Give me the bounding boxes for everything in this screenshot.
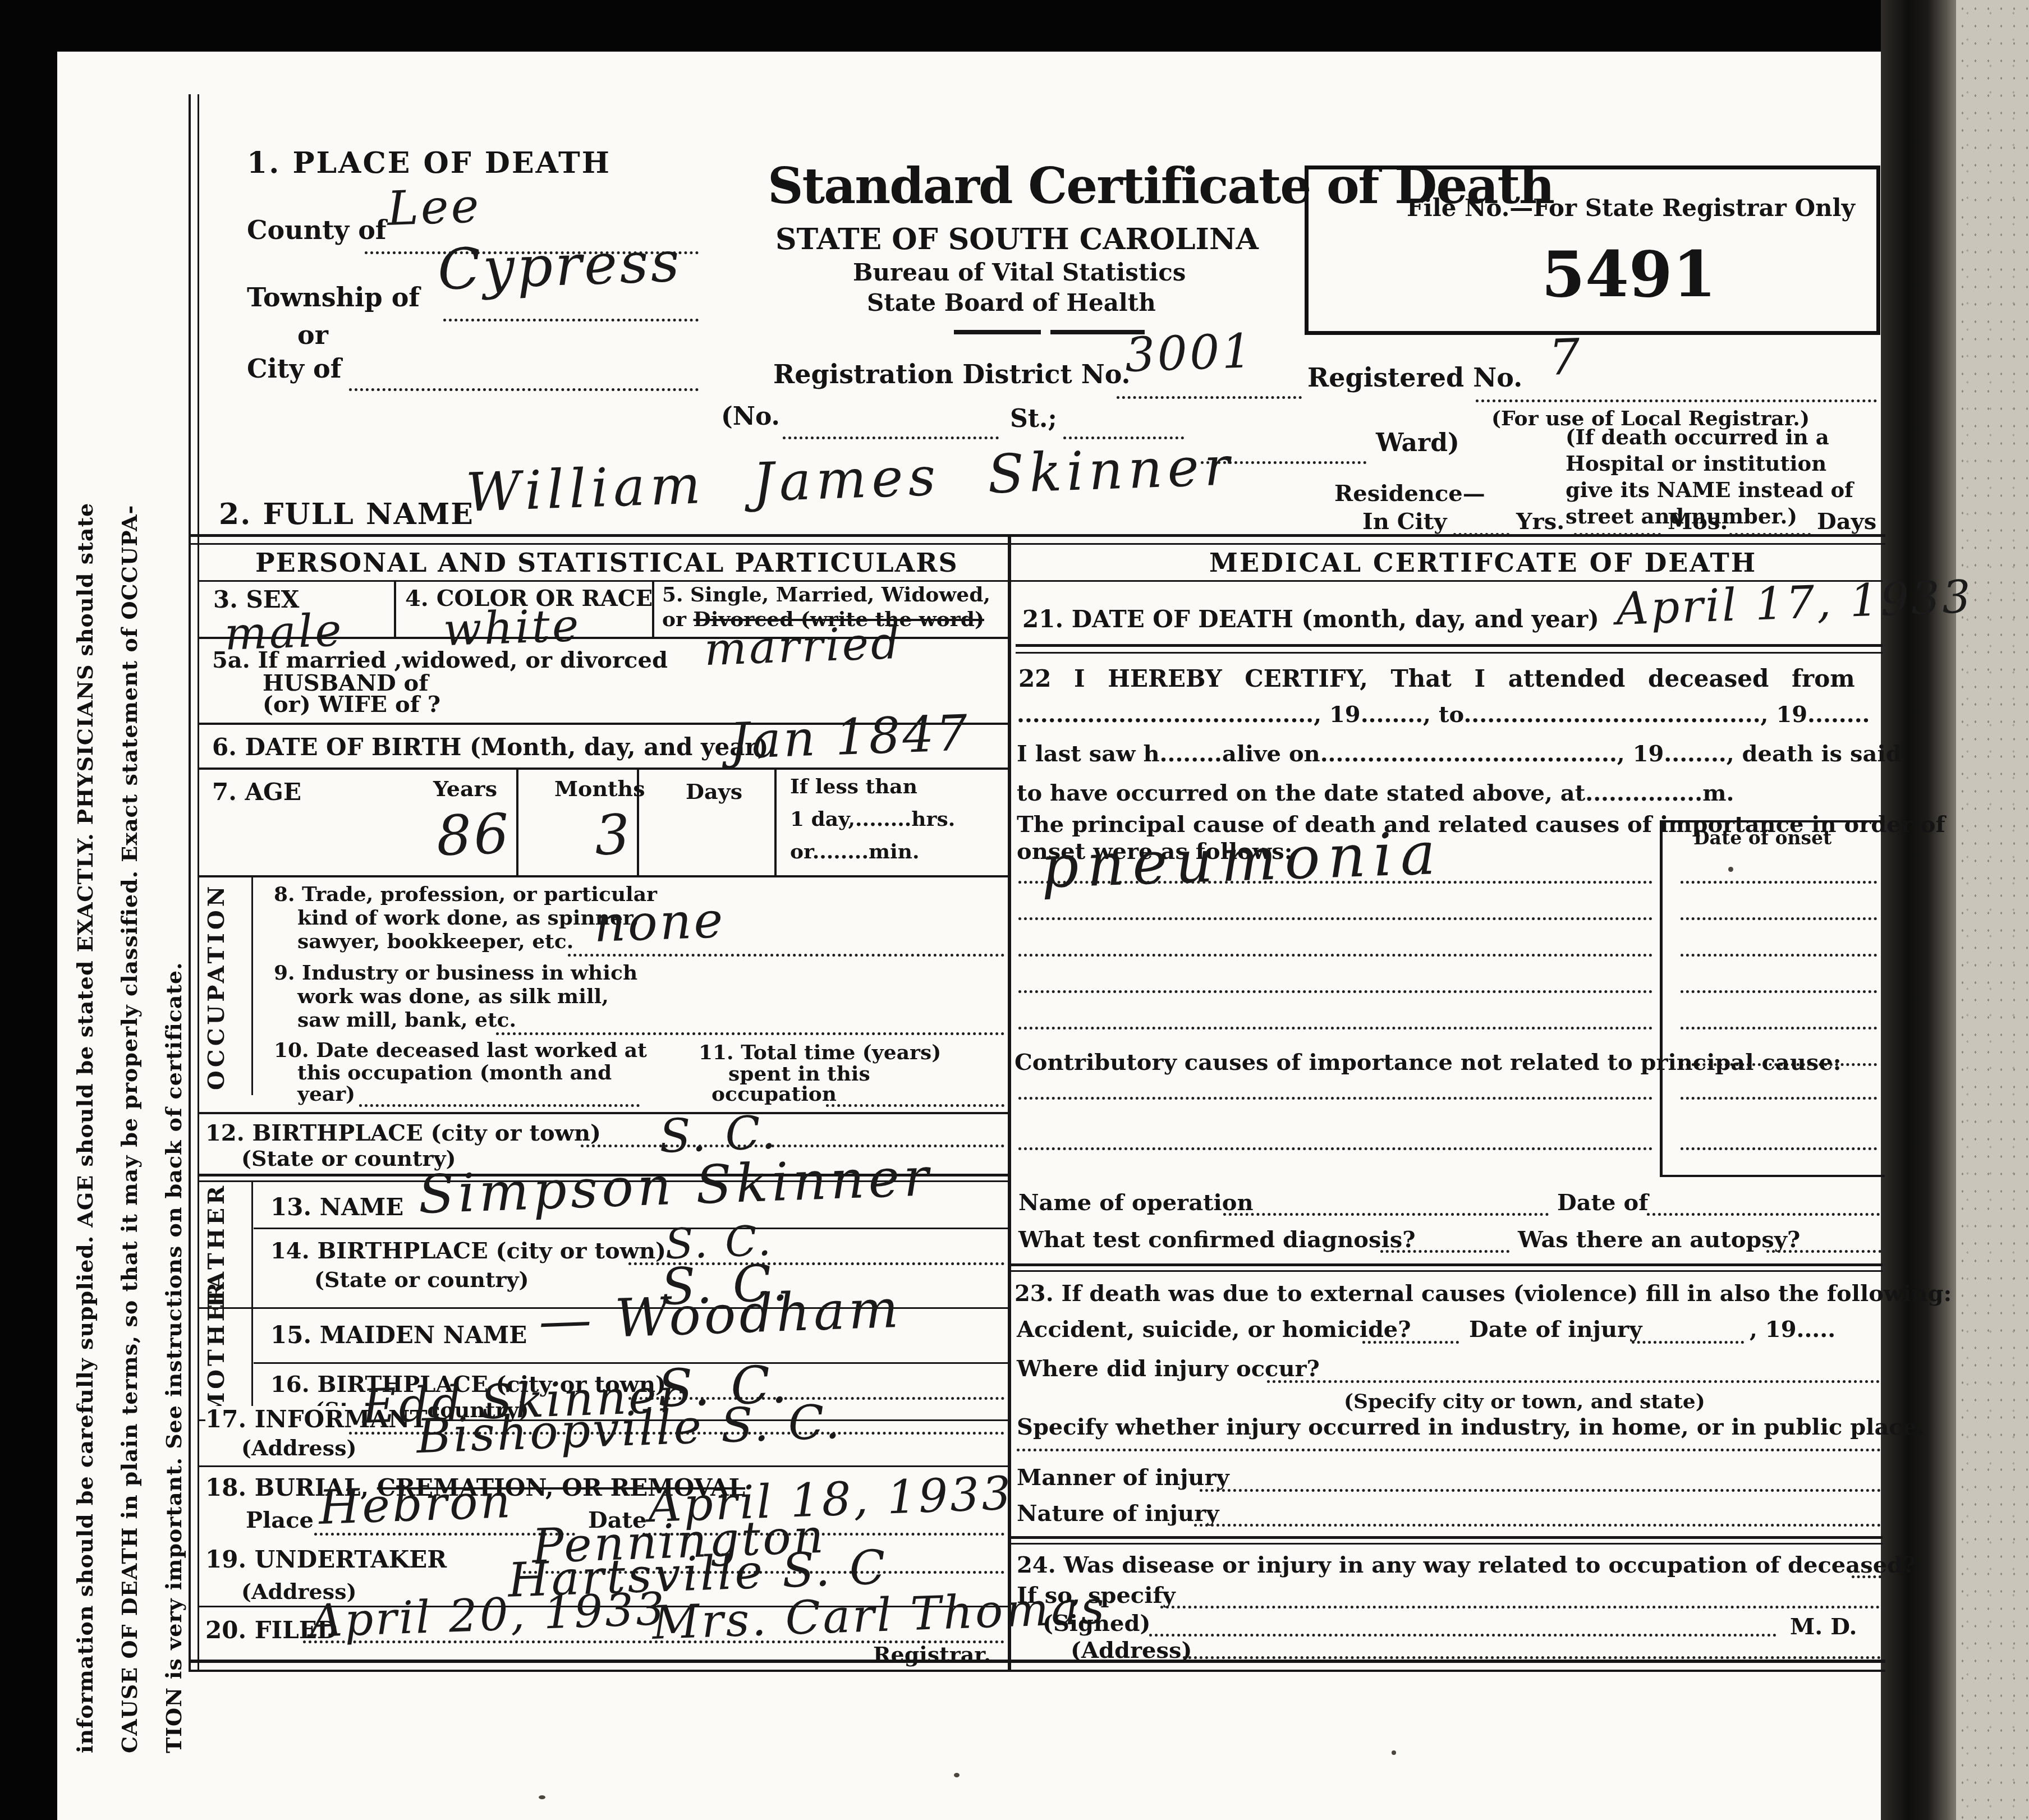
registration-district-label: Registration District No. [773, 360, 1131, 389]
dotted-line [1018, 917, 1652, 920]
occupation-related-label: 24. Was disease or injury in any way rel… [1017, 1553, 1916, 1578]
dotted-line [1362, 1341, 1459, 1344]
scan-speck [954, 1773, 960, 1777]
dotted-line [1194, 1524, 1881, 1527]
dotted-line [568, 954, 1004, 957]
mother-maiden-value: — Woodham [538, 1279, 903, 1353]
or-label: or [297, 321, 328, 350]
dotted-line [1223, 1213, 1549, 1216]
board-line: State Board of Health [867, 289, 1156, 316]
row-divider [1011, 1270, 1883, 1272]
onset-line [1681, 917, 1877, 920]
md-label: M. D. [1790, 1615, 1857, 1640]
dotted-line [1453, 533, 1509, 536]
dotted-line [581, 1145, 1004, 1147]
scan-torn-edge [1881, 0, 1959, 1820]
dotted-line [443, 319, 699, 321]
row-divider [199, 637, 1008, 639]
row-divider [1011, 1543, 1883, 1545]
days-label: Days [1817, 509, 1876, 535]
dotted-line [1380, 1250, 1509, 1253]
column-divider [394, 581, 396, 637]
item10-line2: this occupation (month and [297, 1061, 612, 1084]
personal-section-title: PERSONAL AND STATISTICAL PARTICULARS [255, 549, 958, 578]
row-divider [199, 875, 1008, 877]
mos-label: Mos. [1668, 509, 1728, 535]
birthplace-label: 12. BIRTHPLACE (city or town) [205, 1121, 601, 1146]
age-less1: If less than [790, 775, 917, 798]
dotted-line [1476, 399, 1877, 402]
dotted-line [1018, 1147, 1652, 1150]
no-label: (No. [721, 403, 780, 430]
age-years-label: Years [433, 777, 497, 801]
incity-label: In City [1362, 509, 1447, 535]
heading-rule [954, 330, 1041, 334]
dotted-line [1852, 1575, 1881, 1578]
mother-maiden-label: 15. MAIDEN NAME [270, 1322, 527, 1348]
nature-label: Nature of injury [1017, 1501, 1219, 1527]
item9-line3: saw mill, bank, etc. [297, 1009, 516, 1031]
dotted-line [349, 388, 699, 391]
husband-wife-line3: (or) WIFE of ? [263, 692, 440, 718]
row-divider [199, 1465, 1008, 1467]
scan-speck [539, 1795, 545, 1799]
row-divider [1016, 652, 1883, 654]
scanned-death-certificate: information should be carefully supplied… [0, 0, 2029, 1820]
dotted-line [783, 436, 999, 439]
row-divider [1011, 1263, 1883, 1266]
dotted-line [1766, 1250, 1881, 1253]
item8-line2: kind of work done, as spinner, [297, 907, 639, 929]
margin-line-1: information should be carefully supplied… [63, 93, 107, 1753]
township-label: Township of [247, 283, 420, 312]
where-injury-label: Where did injury occur? [1017, 1357, 1320, 1382]
injury-19-label: , 19..... [1750, 1317, 1835, 1343]
burial-place-label: Place [246, 1508, 314, 1533]
registered-no-value: 7 [1548, 328, 1583, 387]
registered-no-label: Registered No. [1307, 364, 1522, 393]
row-divider [199, 1112, 1008, 1114]
section-header-rule [199, 580, 1883, 582]
specify-city-note: (Specify city or town, and state) [1344, 1390, 1705, 1413]
dotted-line [1018, 1097, 1652, 1100]
dotted-line [1018, 1027, 1652, 1030]
column-divider [516, 767, 518, 875]
date-of-death-label: 21. DATE OF DEATH (month, day, and year) [1022, 606, 1599, 632]
item9-line2: work was done, as silk mill, [297, 985, 609, 1008]
dotted-line [1647, 1213, 1880, 1216]
dotted-line [1017, 1449, 1881, 1451]
occurred-line: to have occurred on the date stated abov… [1017, 781, 1734, 806]
scan-speck [1728, 867, 1733, 872]
specify-where-note: Specify whether injury occurred in indus… [1017, 1415, 1925, 1440]
onset-line [1681, 990, 1877, 993]
row-divider [254, 1228, 1008, 1229]
scan-backing [1956, 0, 2029, 1820]
item10-line3: year) [297, 1083, 355, 1105]
side-label-divider [251, 1180, 253, 1419]
column-divider [774, 767, 777, 875]
date-of-onset-box: Date of onset [1660, 820, 1885, 1177]
scan-speck [1392, 1750, 1396, 1755]
row-divider [1016, 644, 1883, 647]
occupation-side-label: OCCUPATION [203, 880, 229, 1093]
fromto-line: ......................................, … [1017, 702, 1870, 728]
mother-side-label: MOTHER [203, 1311, 229, 1417]
father-birthplace-label: 14. BIRTHPLACE (city or town) [270, 1239, 666, 1264]
residence-label: Residence— [1334, 481, 1485, 507]
age-months-value: 3 [594, 803, 633, 868]
item11-line1: 11. Total time (years) [699, 1041, 941, 1064]
certify-line: 22 I HEREBY CERTIFY, That I attended dec… [1018, 665, 1855, 692]
lastsaw-line: I last saw h........alive on............… [1017, 742, 1902, 767]
item11-line3: occupation [711, 1083, 837, 1105]
onset-line [1681, 954, 1877, 957]
file-number-label: File No.—For State Registrar Only [1407, 195, 1855, 221]
undertaker-label: 19. UNDERTAKER [205, 1546, 447, 1573]
row-divider [199, 767, 1008, 770]
bottom-border-outer [189, 1660, 1885, 1663]
row-divider [1011, 1536, 1883, 1539]
burial-place-value: Hebron [318, 1473, 513, 1535]
medical-section-title: MEDICAL CERTIFCATE OF DEATH [1209, 549, 1757, 578]
dotted-line [1018, 881, 1652, 884]
state-line: STATE OF SOUTH CAROLINA [775, 223, 1259, 256]
dotted-line [826, 1104, 1004, 1107]
dotted-line [1200, 1489, 1881, 1492]
row-divider [254, 1362, 1008, 1364]
city-label: City of [247, 355, 342, 384]
injury-date-label: Date of injury [1469, 1317, 1642, 1343]
dotted-line [1117, 396, 1302, 399]
signed-label: (Signed) [1043, 1611, 1150, 1637]
date-of-birth-value: Jan 1847 [728, 704, 971, 770]
margin-instructions: information should be carefully supplied… [63, 93, 195, 1753]
township-value: Cypress [437, 228, 682, 302]
dotted-line [1018, 954, 1652, 957]
item9-line1: 9. Industry or business in which [274, 962, 637, 984]
bureau-line: Bureau of Vital Statistics [853, 259, 1186, 286]
age-months-label: Months [554, 777, 645, 801]
date-of-onset-header: Date of onset [1693, 828, 1831, 849]
dotted-line [1183, 1656, 1881, 1659]
father-birthplace-sub: (State or country) [314, 1268, 529, 1292]
county-value: Lee [386, 178, 482, 236]
age-years-value: 86 [435, 802, 512, 869]
left-border-inner [198, 94, 199, 1670]
dotted-line [1160, 1606, 1880, 1608]
age-less2: 1 day,........hrs. [790, 808, 955, 830]
item10-line1: 10. Date deceased last worked at [274, 1039, 647, 1061]
age-days-label: Days [686, 780, 742, 804]
bottom-border-inner [189, 1670, 1885, 1672]
side-label-divider [251, 875, 253, 1095]
full-name-label: 2. FULL NAME [219, 498, 474, 531]
dotted-line [1149, 1634, 1776, 1637]
onset-line [1681, 881, 1877, 884]
county-label: County of [247, 216, 387, 245]
informant-address-label: (Address) [241, 1436, 357, 1460]
yrs-label: Yrs. [1516, 509, 1564, 535]
dotted-line [496, 1032, 1004, 1035]
operation-label: Name of operation [1018, 1191, 1254, 1216]
left-border-outer [189, 94, 191, 1670]
dotted-line [1267, 1380, 1880, 1383]
registration-district-value: 3001 [1124, 323, 1255, 383]
onset-line [1681, 1097, 1877, 1100]
cause-of-death-value: pneumonia [1040, 819, 1444, 902]
margin-line-2: CAUSE OF DEATH in plain terms, so that i… [107, 93, 152, 1753]
onset-line [1681, 1147, 1877, 1150]
ifso-label: If so, specify [1017, 1583, 1176, 1608]
dotted-line [359, 1104, 640, 1107]
dotted-line [1018, 990, 1652, 993]
accident-label: Accident, suicide, or homicide? [1017, 1317, 1411, 1343]
external-causes-label: 23. If death was due to external causes … [1014, 1281, 1952, 1307]
ward-label: Ward) [1376, 429, 1459, 457]
item8-line3: sawyer, bookkeeper, etc. [297, 930, 573, 953]
contributory-label: Contributory causes of importance not re… [1014, 1050, 1842, 1076]
date-of-birth-label: 6. DATE OF BIRTH (Month, day, and year) [212, 734, 768, 760]
marital-value: married [703, 617, 902, 675]
name-row-rule-bottom [189, 543, 1885, 545]
marital-label-line1: 5. Single, Married, Widowed, [662, 583, 990, 606]
address-label: (Address) [1071, 1638, 1192, 1663]
dotted-line [1632, 1341, 1744, 1344]
test-label: What test confirmed diagnosis? [1018, 1228, 1416, 1253]
autopsy-label: Was there an autopsy? [1518, 1228, 1801, 1253]
operation-date-label: Date of [1557, 1191, 1648, 1216]
dotted-line [1574, 533, 1661, 536]
manner-label: Manner of injury [1017, 1465, 1229, 1491]
age-label: 7. AGE [212, 779, 301, 805]
age-less3: or........min. [790, 840, 919, 863]
place-of-death-label: 1. PLACE OF DEATH [247, 147, 611, 180]
father-name-label: 13. NAME [270, 1194, 403, 1220]
registrar-label: Registrar. [873, 1643, 991, 1667]
file-number-box: File No.—For State Registrar Only 5491 [1305, 166, 1880, 335]
dotted-line [1729, 533, 1811, 536]
marital-or: or [662, 608, 694, 631]
onset-line [1681, 1027, 1877, 1030]
occupation-value: none [593, 891, 726, 953]
st-label: St.; [1010, 405, 1057, 433]
file-number-value: 5491 [1541, 240, 1716, 310]
